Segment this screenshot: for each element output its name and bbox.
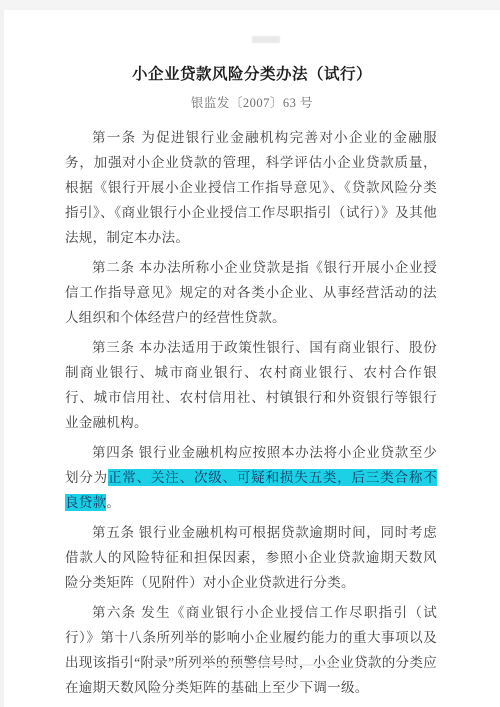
paragraph-article-1: 第一条 为促进银行业金融机构完善对小企业的金融服务，加强对小企业贷款的管理，科学… [65,125,437,250]
paragraph-article-3: 第三条 本办法适用于政策性银行、国有商业银行、股份制商业银行、城市商业银行、农村… [65,335,437,435]
document-number: 银监发〔2007〕63 号 [34,95,470,112]
article-4-text-after-highlight: 。 [106,495,120,510]
document-body: 第一条 为促进银行业金融机构完善对小企业的金融服务，加强对小企业贷款的管理，科学… [65,125,437,700]
screenshot-viewport: 小企业贷款风险分类办法（试行） 银监发〔2007〕63 号 第一条 为促进银行业… [0,0,500,707]
paragraph-article-6: 第六条 发生《商业银行小企业授信工作尽职指引（试行）》第十八条所列举的影响小企业… [65,600,437,700]
highlighted-text-selection: 正常、关注、次级、可疑和损失五类，后三类合称不良贷款 [65,469,437,511]
paragraph-article-2: 第二条 本办法所称小企业贷款是指《银行开展小企业授信工作指导意见》规定的对各类小… [65,255,437,330]
document-page: 小企业贷款风险分类办法（试行） 银监发〔2007〕63 号 第一条 为促进银行业… [4,10,500,707]
paragraph-article-4: 第四条 银行业金融机构应按照本办法将小企业贷款至少划分为正常、关注、次级、可疑和… [65,440,437,515]
document-title: 小企业贷款风险分类办法（试行） [34,64,470,86]
paragraph-article-5: 第五条 银行业金融机构可根据贷款逾期时间，同时考虑借款人的风险特征和担保因素，参… [65,520,437,595]
bottom-divider-line [196,664,334,666]
watermark [252,36,280,43]
